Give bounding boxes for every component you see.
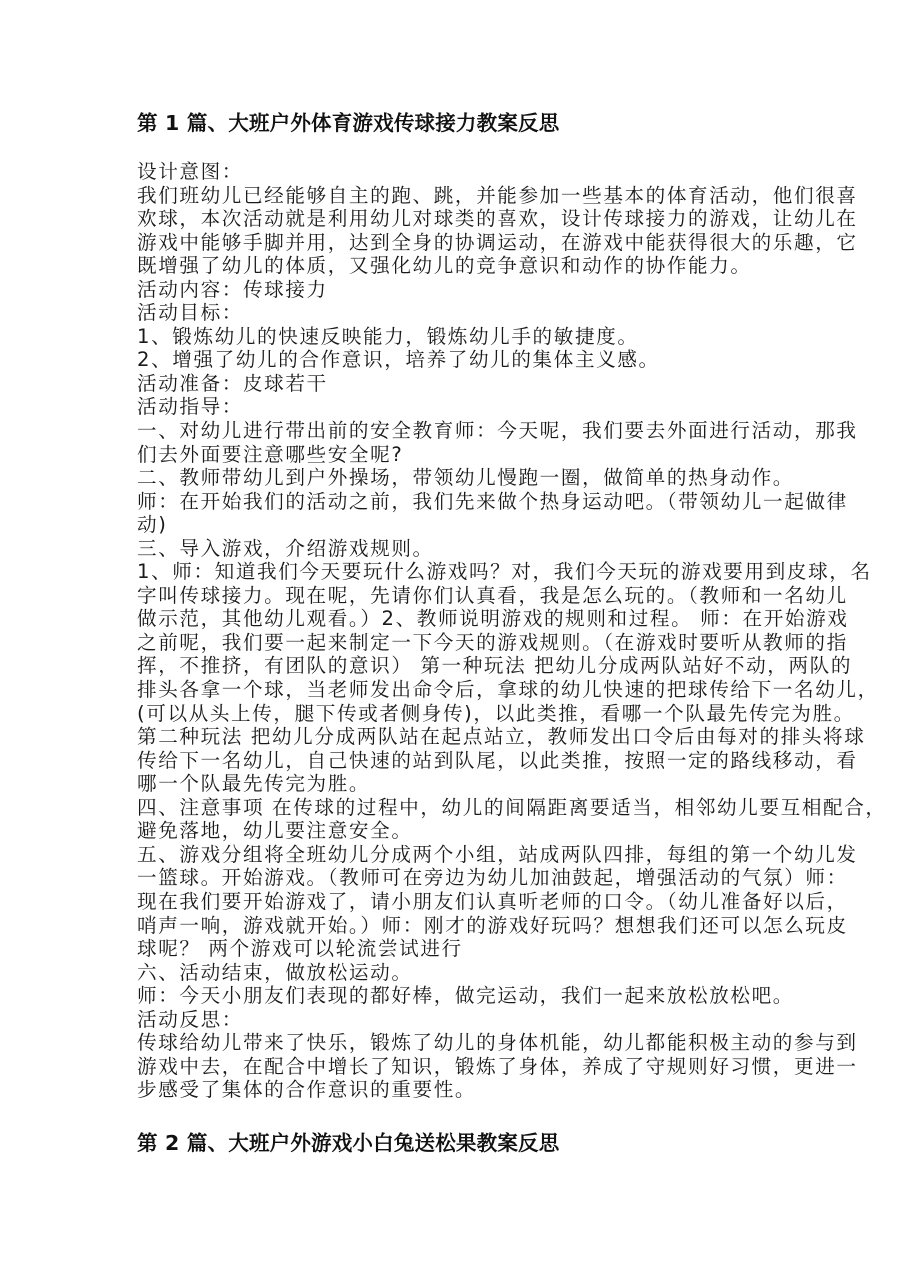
body-line: 师：今天小朋友们表现的都好棒，做完运动，我们一起来放松放松吧。 bbox=[137, 984, 787, 1008]
body-line: 一篮球。开始游戏。（教师可在旁边为幼儿加油鼓起，增强活动的气氛）师： bbox=[137, 866, 787, 890]
body-line: 欢球，本次活动就是利用幼儿对球类的喜欢，设计传球接力的游戏，让幼儿在 bbox=[137, 207, 787, 231]
body-line: 字叫传球接力。现在呢，先请你们认真看，我是怎么玩的。（教师和一名幼儿 bbox=[137, 584, 787, 608]
body-line: 二、教师带幼儿到户外操场，带领幼儿慢跑一圈，做简单的热身动作。 bbox=[137, 466, 787, 490]
body-line: 活动指导： bbox=[137, 395, 787, 419]
body-line: 四、注意事项 在传球的过程中，幼儿的间隔距离要适当，相邻幼儿要互相配合， bbox=[137, 796, 787, 820]
body-line: 活动准备：皮球若干 bbox=[137, 372, 787, 396]
article-2-title: 第 2 篇、大班户外游戏小白兔送松果教案反思 bbox=[137, 1128, 787, 1158]
body-line: 我们班幼儿已经能够自主的跑、跳，并能参加一些基本的体育活动，他们很喜 bbox=[137, 184, 787, 208]
body-line: (可以从头上传，腿下传或者侧身传)，以此类推，看哪一个队最先传完为胜。 bbox=[137, 702, 787, 726]
body-line: 游戏中去，在配合中增长了知识，锻炼了身体，养成了守规则好习惯，更进一 bbox=[137, 1055, 787, 1079]
body-line: 动) bbox=[137, 513, 787, 537]
body-line: 步感受了集体的合作意识的重要性。 bbox=[137, 1078, 787, 1102]
body-line: 五、游戏分组将全班幼儿分成两个小组，站成两队四排，每组的第一个幼儿发 bbox=[137, 843, 787, 867]
body-line: 活动反思： bbox=[137, 1008, 787, 1032]
body-line: 们去外面要注意哪些安全呢? bbox=[137, 443, 787, 467]
body-line: 1、锻炼幼儿的快速反映能力，锻炼幼儿手的敏捷度。 bbox=[137, 325, 787, 349]
body-line: 六、活动结束，做放松运动。 bbox=[137, 961, 787, 985]
body-line: 既增强了幼儿的体质，又强化幼儿的竞争意识和动作的协作能力。 bbox=[137, 254, 787, 278]
article-1-title: 第 1 篇、大班户外体育游戏传球接力教案反思 bbox=[137, 108, 787, 138]
body-line: 传给下一名幼儿，自己快速的站到队尾，以此类推，按照一定的路线移动，看 bbox=[137, 749, 787, 773]
body-line: 游戏中能够手脚并用，达到全身的协调运动，在游戏中能获得很大的乐趣，它 bbox=[137, 231, 787, 255]
body-line: 1、师：知道我们今天要玩什么游戏吗？对，我们今天玩的游戏要用到皮球，名 bbox=[137, 560, 787, 584]
article-1-body: 设计意图：我们班幼儿已经能够自主的跑、跳，并能参加一些基本的体育活动，他们很喜欢… bbox=[137, 160, 787, 1102]
body-line: 避免落地，幼儿要注意安全。 bbox=[137, 819, 787, 843]
body-line: 第二种玩法 把幼儿分成两队站在起点站立，教师发出口令后由每对的排头将球 bbox=[137, 725, 787, 749]
body-line: 挥，不推挤，有团队的意识） 第一种玩法 把幼儿分成两队站好不动，两队的 bbox=[137, 654, 787, 678]
body-line: 之前呢，我们要一起来制定一下今天的游戏规则。（在游戏时要听从教师的指 bbox=[137, 631, 787, 655]
body-line: 哪一个队最先传完为胜。 bbox=[137, 772, 787, 796]
body-line: 师：在开始我们的活动之前，我们先来做个热身运动吧。（带领幼儿一起做律 bbox=[137, 490, 787, 514]
document-page: 第 1 篇、大班户外体育游戏传球接力教案反思 设计意图：我们班幼儿已经能够自主的… bbox=[137, 108, 787, 1158]
body-line: 现在我们要开始游戏了，请小朋友们认真听老师的口令。（幼儿准备好以后， bbox=[137, 890, 787, 914]
body-line: 2、增强了幼儿的合作意识，培养了幼儿的集体主义感。 bbox=[137, 348, 787, 372]
body-line: 做示范，其他幼儿观看。）2、教师说明游戏的规则和过程。 师：在开始游戏 bbox=[137, 607, 787, 631]
body-line: 传球给幼儿带来了快乐，锻炼了幼儿的身体机能，幼儿都能积极主动的参与到 bbox=[137, 1031, 787, 1055]
body-line: 活动目标： bbox=[137, 301, 787, 325]
body-line: 三、导入游戏，介绍游戏规则。 bbox=[137, 537, 787, 561]
body-line: 哨声一响，游戏就开始。）师：刚才的游戏好玩吗？想想我们还可以怎么玩皮 bbox=[137, 914, 787, 938]
body-line: 排头各拿一个球，当老师发出命令后，拿球的幼儿快速的把球传给下一名幼儿， bbox=[137, 678, 787, 702]
body-line: 设计意图： bbox=[137, 160, 787, 184]
body-line: 一、对幼儿进行带出前的安全教育师：今天呢，我们要去外面进行活动，那我 bbox=[137, 419, 787, 443]
body-line: 活动内容：传球接力 bbox=[137, 278, 787, 302]
body-line: 球呢？ 两个游戏可以轮流尝试进行 bbox=[137, 937, 787, 961]
